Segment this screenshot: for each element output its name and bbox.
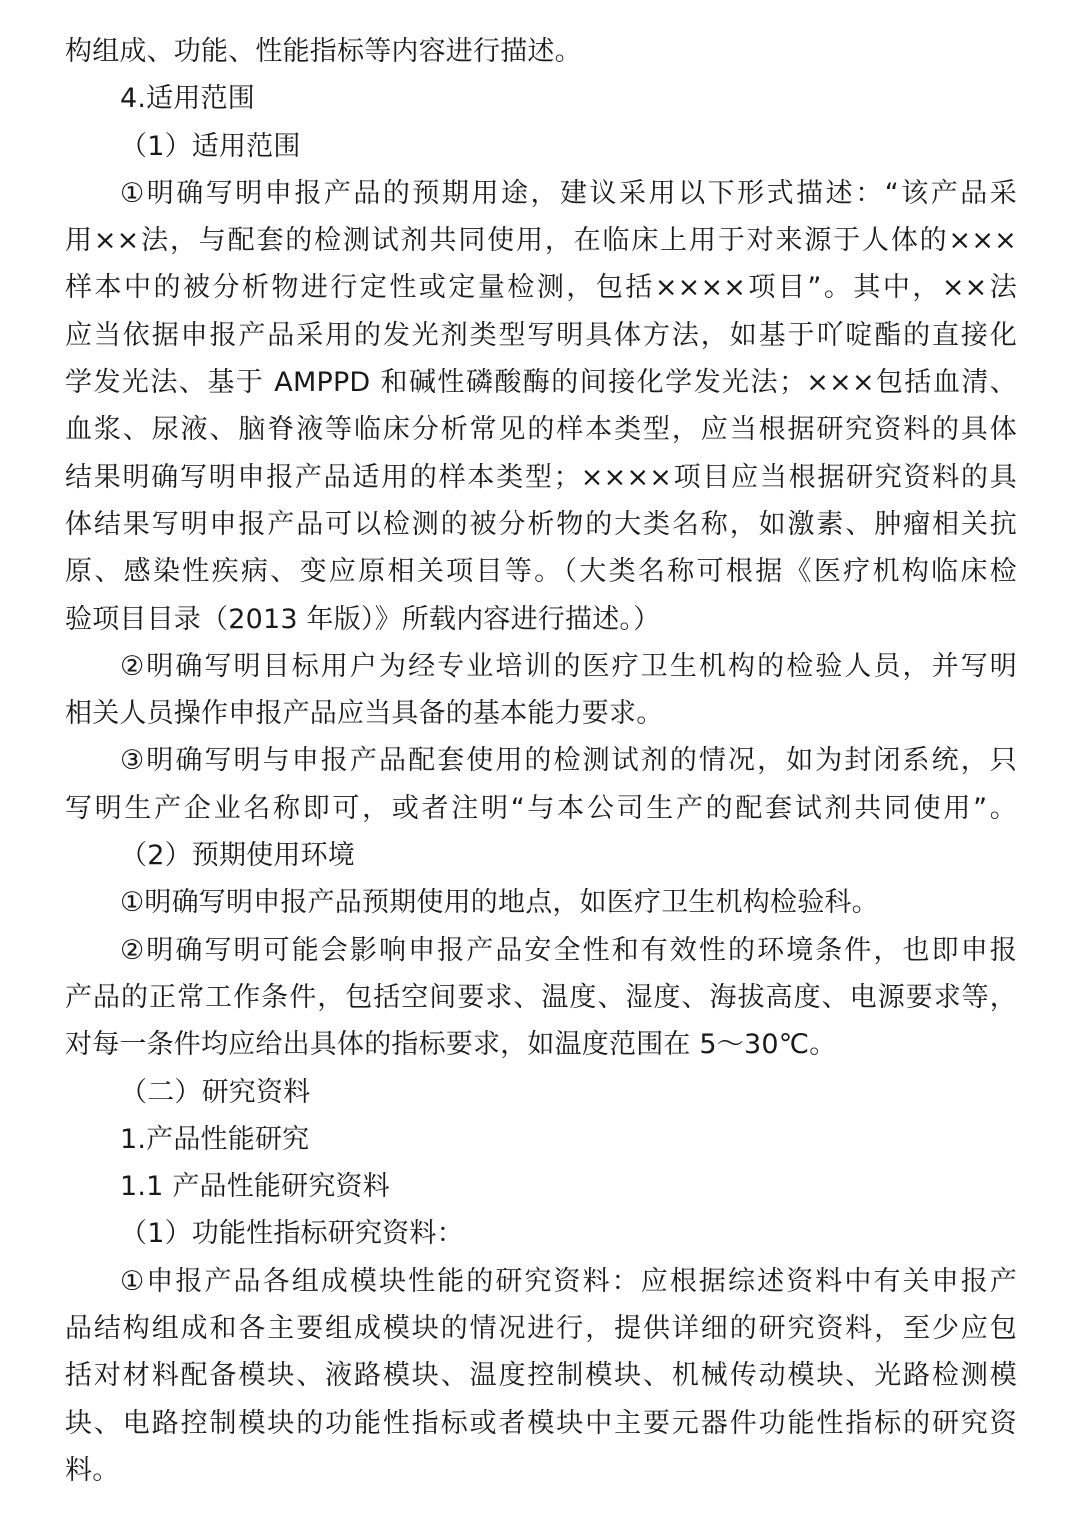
text-line: 料。: [65, 1447, 1017, 1494]
text-line: ①明确写明申报产品预期使用的地点，如医疗卫生机构检验科。: [65, 879, 1017, 926]
section-heading: 4.适用范围: [65, 75, 1017, 122]
section-heading: （二）研究资料: [65, 1069, 1017, 1116]
subsection-heading: （2）预期使用环境: [65, 832, 1017, 879]
text-line: ②明确写明目标用户为经专业培训的医疗卫生机构的检验人员，并写明: [65, 643, 1017, 690]
text-line: 对每一条件均应给出具体的指标要求，如温度范围在 5～30℃。: [65, 1021, 1017, 1068]
text-line: ③明确写明与申报产品配套使用的检测试剂的情况，如为封闭系统，只: [65, 737, 1017, 784]
text-line: 结果明确写明申报产品适用的样本类型；××××项目应当根据研究资料的具: [65, 454, 1017, 501]
text-line: 血浆、尿液、脑脊液等临床分析常见的样本类型，应当根据研究资料的具体: [65, 406, 1017, 453]
text-line: 相关人员操作申报产品应当具备的基本能力要求。: [65, 690, 1017, 737]
text-line: ②明确写明可能会影响申报产品安全性和有效性的环境条件，也即申报: [65, 927, 1017, 974]
text-line: 体结果写明申报产品可以检测的被分析物的大类名称，如激素、肿瘤相关抗: [65, 501, 1017, 548]
text-line: 写明生产企业名称即可，或者注明“与本公司生产的配套试剂共同使用”。: [65, 785, 1017, 832]
text-line: 样本中的被分析物进行定性或定量检测，包括××××项目”。其中，××法: [65, 264, 1017, 311]
text-line: 应当依据申报产品采用的发光剂类型写明具体方法，如基于吖啶酯的直接化: [65, 312, 1017, 359]
text-line: 用××法，与配套的检测试剂共同使用，在临床上用于对来源于人体的×××: [65, 217, 1017, 264]
subsection-heading: （1）功能性指标研究资料：: [65, 1210, 1017, 1257]
text-line: 构组成、功能、性能指标等内容进行描述。: [65, 28, 1017, 75]
section-heading: 1.产品性能研究: [65, 1116, 1017, 1163]
text-line: 验项目目录（2013 年版）》所载内容进行描述。）: [65, 596, 1017, 643]
text-line: ①明确写明申报产品的预期用途，建议采用以下形式描述：“该产品采: [65, 170, 1017, 217]
subsection-heading: 1.1 产品性能研究资料: [65, 1163, 1017, 1210]
text-line: 学发光法、基于 AMPPD 和碱性磷酸酶的间接化学发光法；×××包括血清、: [65, 359, 1017, 406]
text-line: ①申报产品各组成模块性能的研究资料：应根据综述资料中有关申报产: [65, 1258, 1017, 1305]
text-line: 括对材料配备模块、液路模块、温度控制模块、机械传动模块、光路检测模: [65, 1352, 1017, 1399]
text-line: 原、感染性疾病、变应原相关项目等。（大类名称可根据《医疗机构临床检: [65, 548, 1017, 595]
text-line: 产品的正常工作条件，包括空间要求、温度、湿度、海拔高度、电源要求等，: [65, 974, 1017, 1021]
document-page: 构组成、功能、性能指标等内容进行描述。 4.适用范围 （1）适用范围 ①明确写明…: [65, 28, 1017, 1494]
text-line: 块、电路控制模块的功能性指标或者模块中主要元器件功能性指标的研究资: [65, 1400, 1017, 1447]
subsection-heading: （1）适用范围: [65, 123, 1017, 170]
text-line: 品结构组成和各主要组成模块的情况进行，提供详细的研究资料，至少应包: [65, 1305, 1017, 1352]
